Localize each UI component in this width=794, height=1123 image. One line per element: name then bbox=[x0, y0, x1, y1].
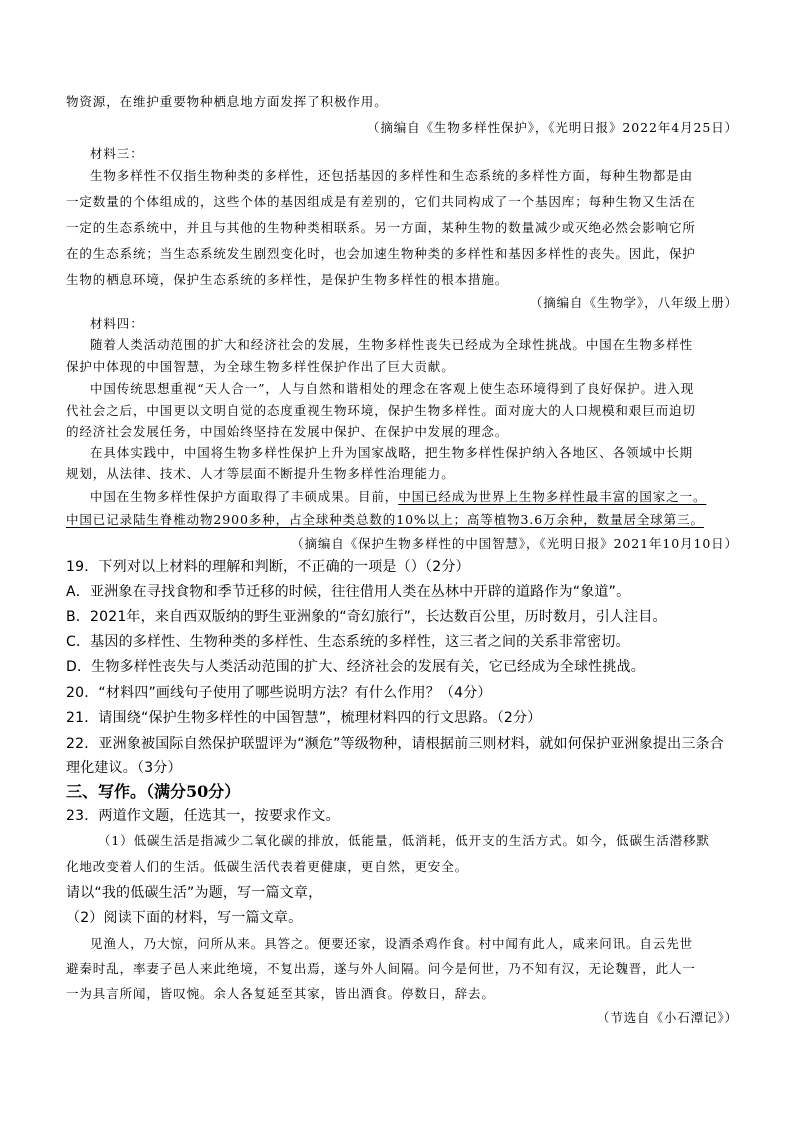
underlined-sentence: 中国已记录陆生脊椎动物2900多种，占全球种类总数的10%以上；高等植物3.6万… bbox=[66, 510, 738, 528]
question-21: 21．请围绕“保护生物多样性的中国智慧”，梳理材料四的行文思路。（2分） bbox=[66, 707, 738, 727]
essay-option-2-line: 一为具言所闻，皆叹惋。余人各复延至其家，皆出酒食。停数日，辞去。 bbox=[66, 984, 738, 1002]
material3-line: 生物多样性不仅指生物种类的多样性，还包括基因的多样性和生态系统的多样性方面，每种… bbox=[66, 166, 738, 184]
material4-line: 在具体实践中，中国将生物多样性保护上升为国家战略，把生物多样性保护纳入各地区、各… bbox=[66, 443, 738, 461]
q19-option-a: A．亚洲象在寻找食物和季节迁移的时候，往往借用人类在丛林中开辟的道路作为“象道”… bbox=[66, 581, 738, 601]
essay-option-1-prompt: 请以“我的低碳生活”为题，写一篇文章， bbox=[66, 882, 738, 902]
material3-line: 生物的栖息环境，保护生态系统的多样性，是保护生物多样性的根本措施。 bbox=[66, 270, 738, 288]
essay-option-2-source: （节选自《小石潭记》） bbox=[66, 1008, 738, 1026]
material4-para4-line1: 中国在生物多样性保护方面取得了丰硕成果。目前，中国已经成为世界上生物多样性最丰富… bbox=[66, 487, 738, 505]
material4-line: 随着人类活动范围的扩大和经济社会的发展，生物多样性丧失已经成为全球性挑战。中国在… bbox=[66, 335, 738, 353]
essay-option-2-line: 见渔人，乃大惊，问所从来。具答之。便要还家，设酒杀鸡作食。村中闻有此人，咸来问讯… bbox=[66, 934, 738, 952]
material3-source: （摘编自《生物学》，八年级上册） bbox=[66, 293, 738, 311]
underlined-sentence: 中国已经成为世界上生物多样性最丰富的国家之一。 bbox=[398, 489, 706, 504]
question-19: 19．下列对以上材料的理解和判断，不正确的一项是（）（2分） bbox=[66, 556, 738, 576]
material2-tail-line: 物资源，在维护重要物种栖息地方面发挥了积极作用。 bbox=[66, 92, 738, 110]
material2-source: （摘编自《生物多样性保护》，《光明日报》2022年4月25日） bbox=[66, 118, 738, 136]
question-20: 20．“材料四”画线句子使用了哪些说明方法？有什么作用？（4分） bbox=[66, 682, 738, 702]
material4-source: （摘编自《保护生物多样性的中国智慧》，《光明日报》2021年10月10日） bbox=[66, 534, 738, 552]
material4-line: 规划，从法律、技术、人才等层面不断提升生物多样性治理能力。 bbox=[66, 464, 738, 482]
material3-label: 材料三： bbox=[66, 144, 738, 162]
material3-line: 一定数量的个体组成的，这些个体的基因组成是有差别的，它们共同构成了一个基因库；每… bbox=[66, 192, 738, 210]
q19-option-d: D．生物多样性丧失与人类活动范围的扩大、经济社会的发展有关，它已经成为全球性挑战… bbox=[66, 656, 738, 676]
material4-line: 保护中体现的中国智慧，为全球生物多样性保护作出了巨大贡献。 bbox=[66, 357, 738, 375]
material4-line: 的经济社会发展任务，中国始终坚持在发展中保护、在保护中发展的理念。 bbox=[66, 422, 738, 440]
section-writing-header: 三、写作。（满分50分） bbox=[66, 779, 738, 802]
q19-option-b: B．2021年，来自西双版纳的野生亚洲象的“奇幻旅行”，长达数百公里，历时数月，… bbox=[66, 606, 738, 626]
q19-option-c: C．基因的多样性、生物种类的多样性、生态系统的多样性，这三者之间的关系非常密切。 bbox=[66, 631, 738, 651]
essay-option-2-line: 避秦时乱，率妻子邑人来此绝境，不复出焉，遂与外人间隔。问今是何世，乃不知有汉，无… bbox=[66, 959, 738, 977]
material3-line: 一定的生态系统中，并且与其他的生物种类相联系。另一方面，某种生物的数量减少或灭绝… bbox=[66, 218, 738, 236]
essay-option-1-line: 化地改变着人们的生活。低碳生活代表着更健康，更自然，更安全。 bbox=[66, 857, 738, 875]
exam-page: 物资源，在维护重要物种栖息地方面发挥了积极作用。 （摘编自《生物多样性保护》，《… bbox=[0, 0, 794, 1123]
material4-line: 中国传统思想重视“天人合一”，人与自然和谐相处的理念在客观上使生态环境得到了良好… bbox=[66, 379, 738, 397]
essay-option-1-line: （1）低碳生活是指减少二氧化碳的排放，低能量，低消耗，低开支的生活方式。如今，低… bbox=[66, 831, 738, 849]
material4-plain-text: 中国在生物多样性保护方面取得了丰硕成果。目前， bbox=[90, 489, 398, 504]
question-22-cont: 理化建议。（3分） bbox=[66, 757, 738, 777]
material3-line: 在的生态系统；当生态系统发生剧烈变化时，也会加速生物种类的多样性和基因多样性的丧… bbox=[66, 244, 738, 262]
material4-label: 材料四： bbox=[66, 314, 738, 332]
essay-option-2-title: （2）阅读下面的材料，写一篇文章。 bbox=[66, 907, 738, 927]
material4-line: 代社会之后，中国更以文明自觉的态度重视生物环境，保护生物多样性。面对庞大的人口规… bbox=[66, 401, 738, 419]
question-23: 23．两道作文题，任选其一，按要求作文。 bbox=[66, 805, 738, 825]
question-22: 22．亚洲象被国际自然保护联盟评为“濒危”等级物种，请根据前三则材料，就如何保护… bbox=[66, 733, 738, 753]
